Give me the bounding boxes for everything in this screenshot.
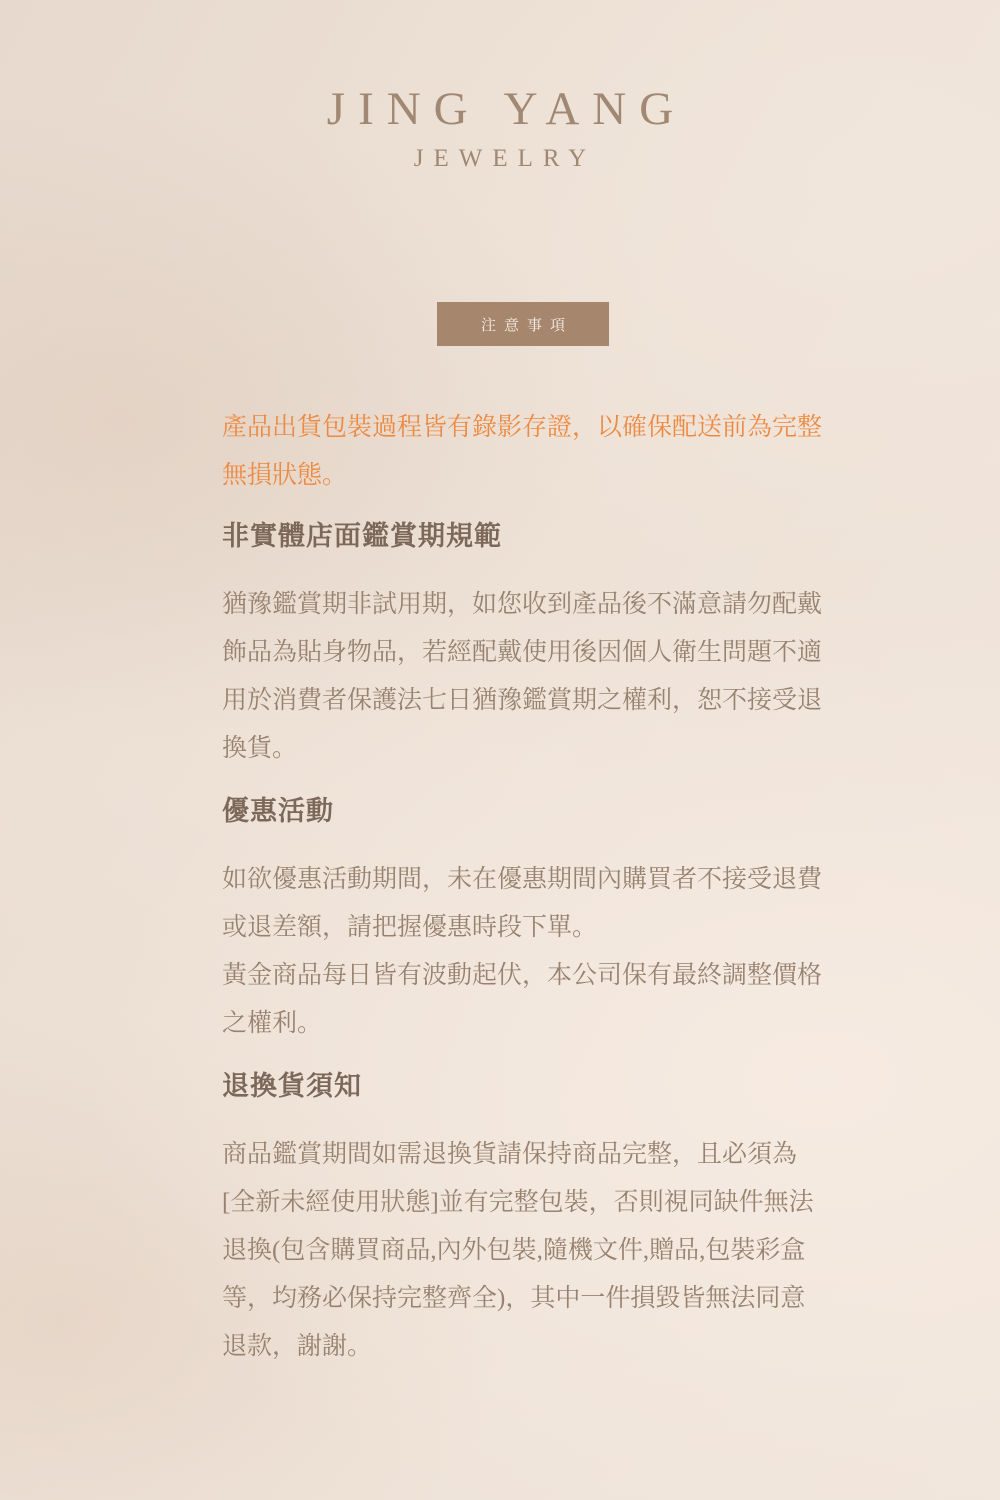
section-paragraph: 黃金商品每日皆有波動起伏，本公司保有最終調整價格之權利。 (222, 952, 826, 1048)
notice-badge: 注意事項 (437, 302, 609, 346)
section-returns: 退換貨須知 商品鑑賞期間如需退換貨請保持商品完整，且必須為[全新未經使用狀態]並… (222, 1068, 826, 1371)
section-heading-appreciation-period: 非實體店面鑑賞期規範 (222, 518, 826, 554)
section-appreciation-period: 非實體店面鑑賞期規範 猶豫鑑賞期非試用期，如您收到產品後不滿意請勿配戴飾品為貼身… (222, 518, 826, 773)
notice-badge-label: 注意事項 (473, 314, 573, 335)
section-promotions: 優惠活動 如欲優惠活動期間，未在優惠期間內購買者不接受退費或退差額，請把握優惠時… (222, 793, 826, 1048)
brand-subtitle: JEWELRY (0, 145, 1000, 173)
section-heading-returns: 退換貨須知 (222, 1068, 826, 1104)
section-paragraph: 如欲優惠活動期間，未在優惠期間內購買者不接受退費或退差額，請把握優惠時段下單。 (222, 856, 826, 952)
shipping-video-highlight: 產品出貨包裝過程皆有錄影存證，以確保配送前為完整無損狀態。 (222, 404, 826, 500)
section-heading-promotions: 優惠活動 (222, 793, 826, 829)
brand-name: JING YANG (0, 82, 1000, 136)
section-paragraph: 商品鑑賞期間如需退換貨請保持商品完整，且必須為[全新未經使用狀態]並有完整包裝，… (222, 1131, 826, 1371)
brand-logo: JING YANG JEWELRY (0, 82, 1000, 173)
notice-page: JING YANG JEWELRY 注意事項 產品出貨包裝過程皆有錄影存證，以確… (0, 0, 1000, 1500)
notice-content: 產品出貨包裝過程皆有錄影存證，以確保配送前為完整無損狀態。 非實體店面鑑賞期規範… (222, 404, 826, 1391)
section-paragraph: 猶豫鑑賞期非試用期，如您收到產品後不滿意請勿配戴飾品為貼身物品，若經配戴使用後因… (222, 581, 826, 773)
